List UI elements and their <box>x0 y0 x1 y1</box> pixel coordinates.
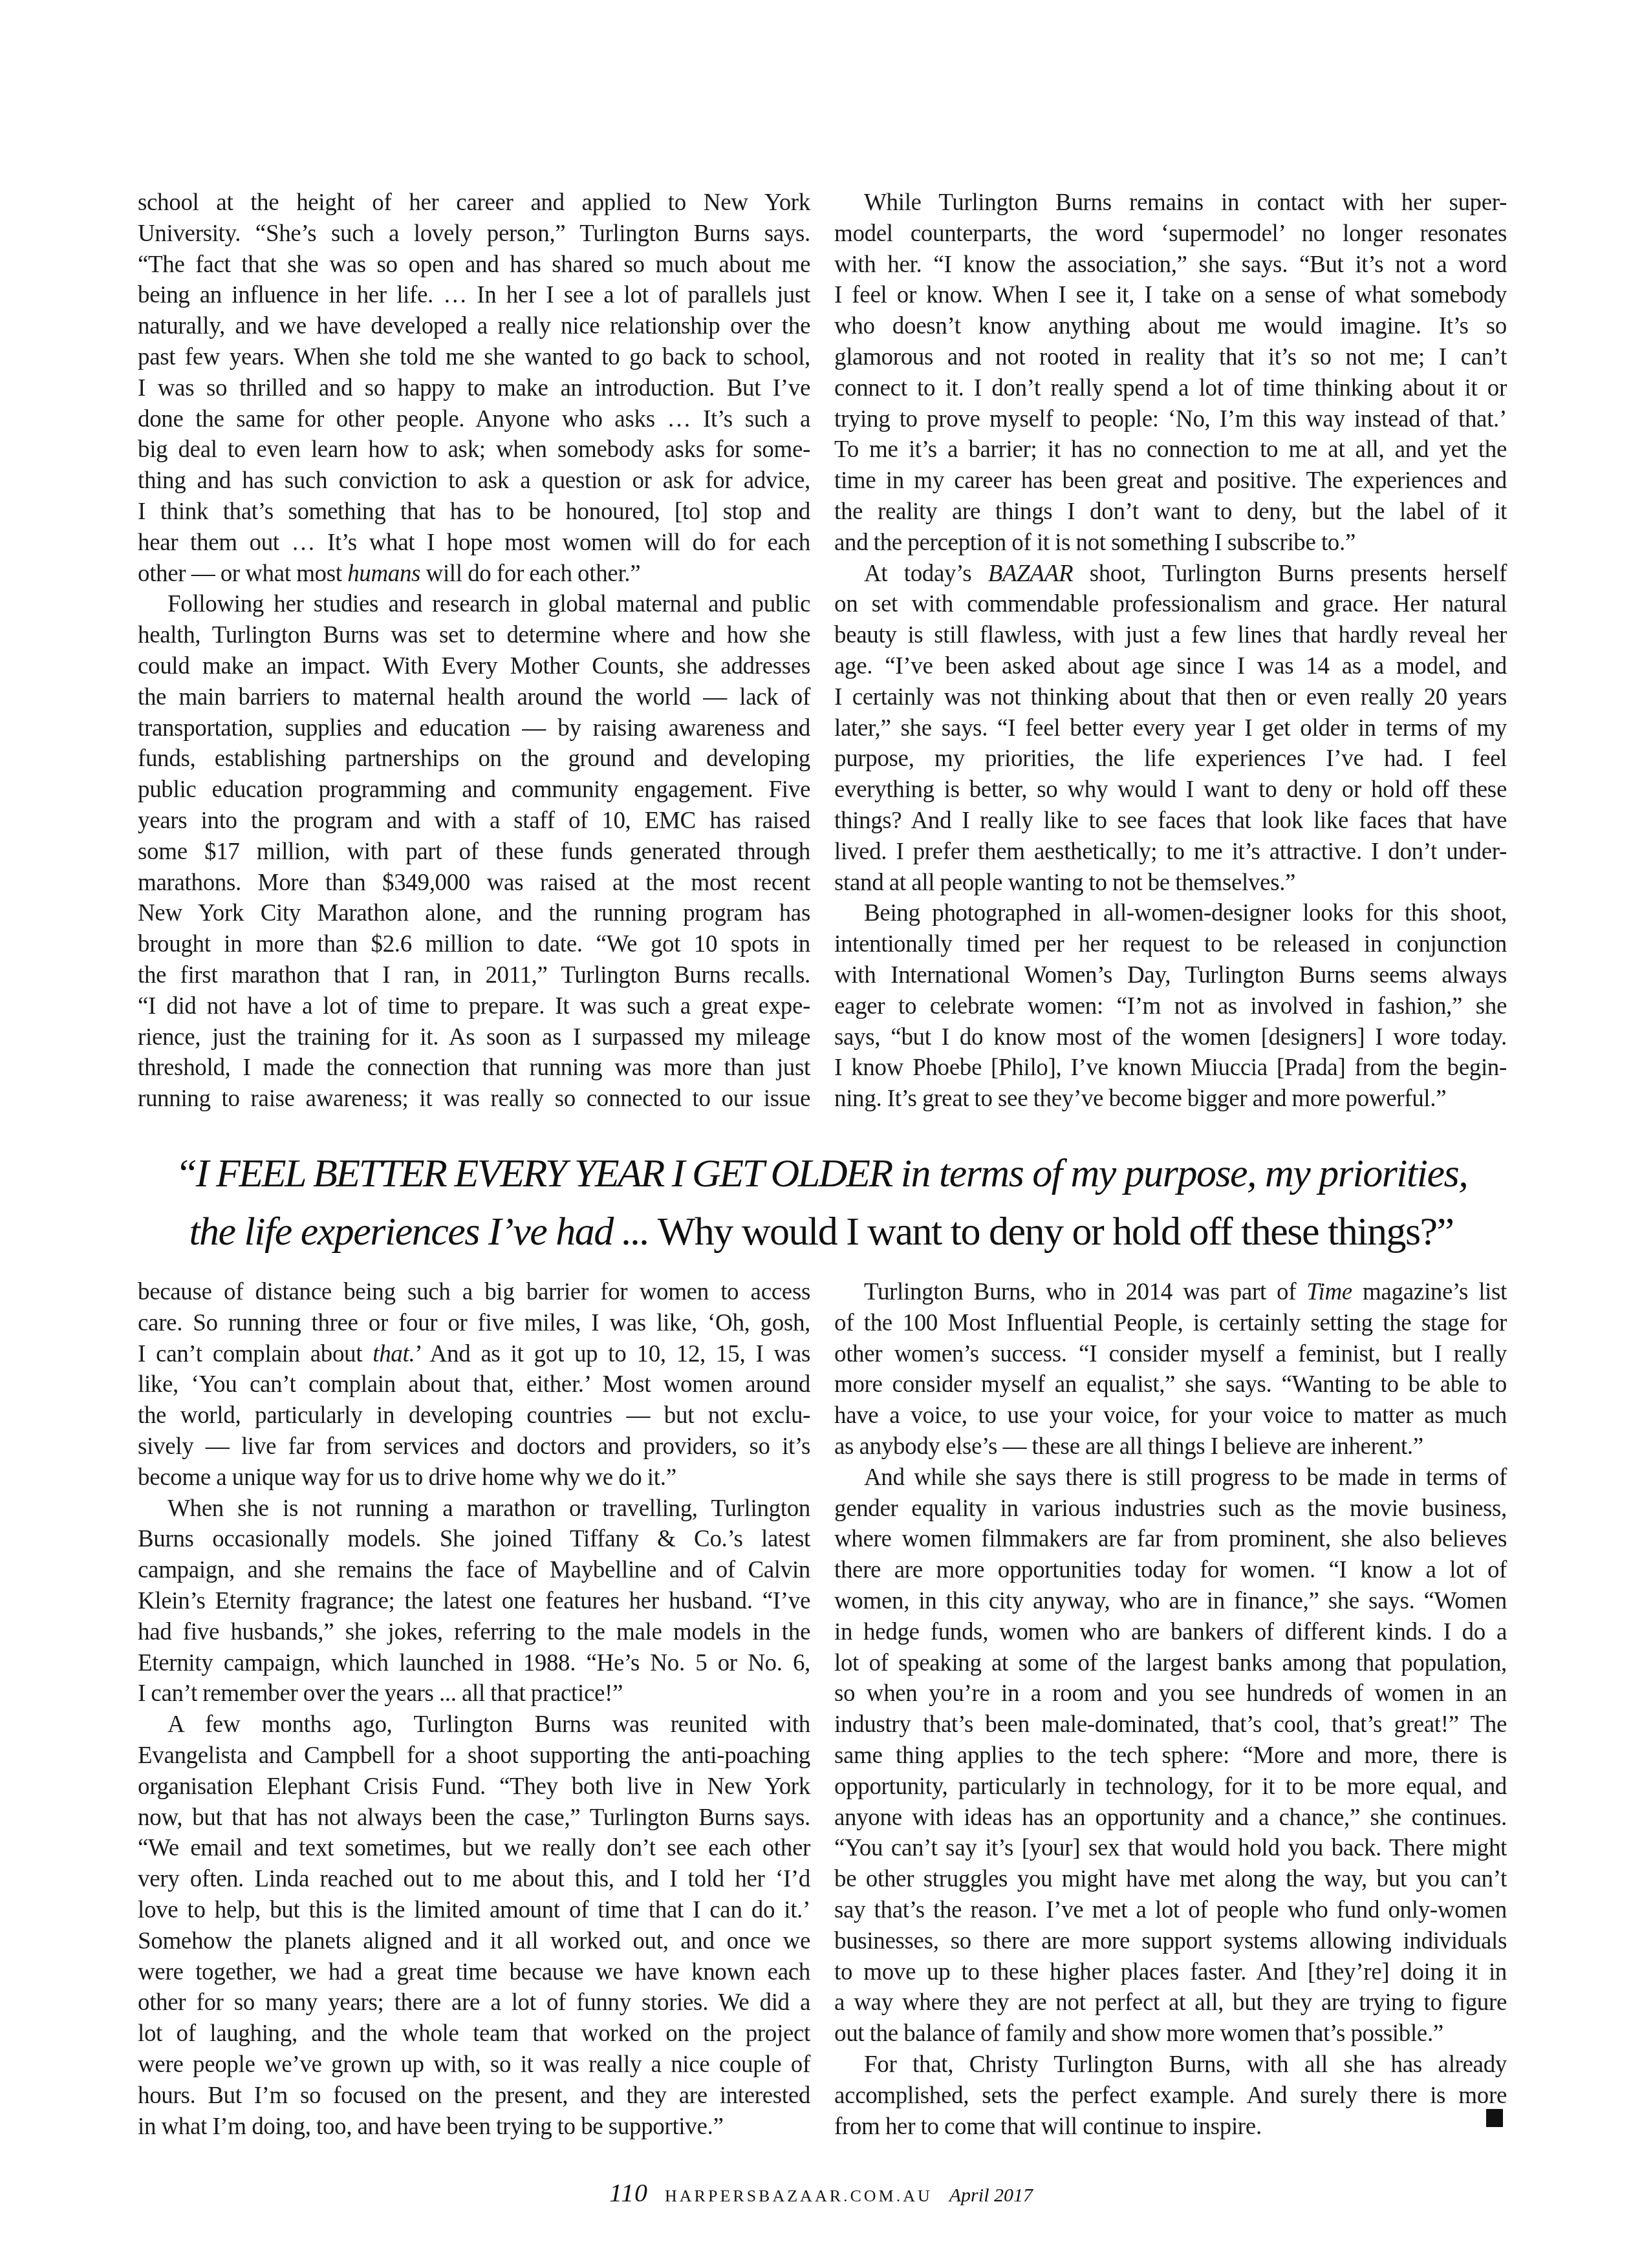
text-line: brought in more than $2.6 million to dat… <box>138 929 810 960</box>
text-line: the first marathon that I ran, in 2011,”… <box>138 960 810 991</box>
paragraph: because of distance being such a big bar… <box>138 1277 810 1493</box>
text-line: were people we’ve grown up with, so it w… <box>138 2049 810 2081</box>
text-line: women, in this city anyway, who are in f… <box>834 1586 1507 1617</box>
text-line: other for so many years; there are a lot… <box>138 1987 810 2018</box>
text-line: And while she says there is still progre… <box>834 1462 1507 1493</box>
text-line: Turlington Burns, who in 2014 was part o… <box>834 1277 1507 1308</box>
magazine-name-italic: BAZAAR <box>988 561 1073 587</box>
text-fragment: I can’t complain about <box>138 1341 373 1367</box>
column-bottom-left: because of distance being such a big bar… <box>138 1277 810 2142</box>
paragraph: While Turlington Burns remains in contac… <box>834 187 1507 559</box>
text-line: says, “but I do know most of the women [… <box>834 1022 1507 1053</box>
text-fragment: magazine’s list <box>1352 1279 1507 1305</box>
text-fragment: other — or what most <box>138 561 347 587</box>
text-line: I feel or know. When I see it, I take on… <box>834 280 1507 311</box>
text-line: a way where they are not perfect at all,… <box>834 1987 1507 2018</box>
issue-date: April 2017 <box>949 2185 1033 2206</box>
text-line: be other struggles you might have met al… <box>834 1864 1507 1895</box>
text-line: as anybody else’s — these are all things… <box>834 1431 1507 1462</box>
text-line: thing and has such conviction to ask a q… <box>138 465 810 497</box>
text-fragment: At today’s <box>864 561 988 587</box>
text-line: rience, just the training for it. As soo… <box>138 1022 810 1053</box>
text-line: with her. “I know the association,” she … <box>834 250 1507 281</box>
text-line: Somehow the planets aligned and it all w… <box>138 1926 810 1957</box>
text-line: For that, Christy Turlington Burns, with… <box>834 2049 1507 2081</box>
text-line: because of distance being such a big bar… <box>138 1277 810 1308</box>
text-line: from her to come that will continue to i… <box>834 2112 1507 2143</box>
text-line: Eternity campaign, which launched in 198… <box>138 1648 810 1679</box>
text-line: become a unique way for us to drive home… <box>138 1462 810 1493</box>
text-line: love to help, but this is the limited am… <box>138 1895 810 1926</box>
text-line: threshold, I made the connection that ru… <box>138 1053 810 1084</box>
text-line: New York City Marathon alone, and the ru… <box>138 898 810 929</box>
text-line: To me it’s a barrier; it has no connecti… <box>834 434 1507 465</box>
text-line: very often. Linda reached out to me abou… <box>138 1864 810 1895</box>
text-line: I certainly was not thinking about that … <box>834 682 1507 713</box>
text-line: to move up to these higher places faster… <box>834 1957 1507 1988</box>
text-line: transportation, supplies and education —… <box>138 713 810 744</box>
text-line: on set with commendable professionalism … <box>834 589 1507 620</box>
text-line: I was so thrilled and so happy to make a… <box>138 373 810 404</box>
text-line: had five husbands,” she jokes, referring… <box>138 1617 810 1648</box>
text-line: there are more opportunities today for w… <box>834 1555 1507 1586</box>
text-line: other — or what most humans will do for … <box>138 559 810 590</box>
text-line: I know Phoebe [Philo], I’ve known Miucci… <box>834 1053 1507 1084</box>
text-line: big deal to even learn how to ask; when … <box>138 434 810 465</box>
paragraph: And while she says there is still progre… <box>834 1462 1507 2049</box>
text-line: running to raise awareness; it was reall… <box>138 1084 810 1115</box>
text-line: some $17 million, with part of these fun… <box>138 837 810 868</box>
pull-quote-italic: the life experiences I’ve had ... <box>189 1210 649 1254</box>
text-line: public education programming and communi… <box>138 775 810 806</box>
text-line: the world, particularly in developing co… <box>138 1400 810 1431</box>
text-line: lived. I prefer them aesthetically; to m… <box>834 837 1507 868</box>
text-line: say that’s the reason. I’ve met a lot of… <box>834 1895 1507 1926</box>
text-line: school at the height of her career and a… <box>138 187 810 219</box>
text-line: Klein’s Eternity fragrance; the latest o… <box>138 1586 810 1617</box>
text-line: could make an impact. With Every Mother … <box>138 651 810 682</box>
text-line: ning. It’s great to see they’ve become b… <box>834 1084 1507 1115</box>
text-line: later,” she says. “I feel better every y… <box>834 713 1507 744</box>
text-line: anyone with ideas has an opportunity and… <box>834 1803 1507 1834</box>
text-fragment: shoot, Turlington Burns presents herself <box>1073 561 1507 587</box>
text-line: Following her studies and research in gl… <box>138 589 810 620</box>
pull-quote-line-2: the life experiences I’ve had ... Why wo… <box>123 1203 1520 1261</box>
text-line: the reality are things I don’t want to d… <box>834 497 1507 528</box>
text-line: past few years. When she told me she wan… <box>138 342 810 373</box>
italic-emphasis: that. <box>373 1341 415 1367</box>
text-line: of the 100 Most Influential People, is c… <box>834 1308 1507 1339</box>
pull-quote-caps: “I feel better every year I get older <box>175 1151 892 1195</box>
text-line: where women filmmakers are far from prom… <box>834 1524 1507 1555</box>
text-line: I can’t remember over the years ... all … <box>138 1678 810 1709</box>
italic-emphasis: humans <box>347 561 420 587</box>
text-line: out the balance of family and show more … <box>834 2018 1507 2049</box>
pull-quote-italic: in terms of my purpose, my priorities, <box>892 1151 1467 1195</box>
text-line: so when you’re in a room and you see hun… <box>834 1678 1507 1709</box>
column-top-right: While Turlington Burns remains in contac… <box>834 187 1507 1115</box>
page-footer: 110 HARPERSBAZAAR.COM.AU April 2017 <box>0 2177 1642 2208</box>
text-line: were together, we had a great time becau… <box>138 1957 810 1988</box>
paragraph: For that, Christy Turlington Burns, with… <box>834 2049 1507 2142</box>
end-of-article-square-icon <box>1486 2109 1503 2127</box>
paragraph: Following her studies and research in gl… <box>138 589 810 1115</box>
text-line: “You can’t say it’s [your] sex that woul… <box>834 1833 1507 1864</box>
text-line: “I did not have a lot of time to prepare… <box>138 991 810 1022</box>
text-line: I can’t complain about that.’ And as it … <box>138 1339 810 1370</box>
text-line: “The fact that she was so open and has s… <box>138 250 810 281</box>
text-line: trying to prove myself to people: ‘No, I… <box>834 404 1507 435</box>
text-fragment: ’ And as it got up to 10, 12, 15, I was <box>415 1341 810 1367</box>
text-line: age. “I’ve been asked about age since I … <box>834 651 1507 682</box>
text-line: who doesn’t know anything about me would… <box>834 311 1507 342</box>
text-line: lot of laughing, and the whole team that… <box>138 2018 810 2049</box>
text-line: being an influence in her life. … In her… <box>138 280 810 311</box>
text-line: health, Turlington Burns was set to dete… <box>138 620 810 651</box>
website-url: HARPERSBAZAAR.COM.AU <box>665 2187 933 2205</box>
paragraph: A few months ago, Turlington Burns was r… <box>138 1709 810 2142</box>
magazine-name-italic: Time <box>1306 1279 1352 1305</box>
text-line: When she is not running a marathon or tr… <box>138 1493 810 1524</box>
text-line: care. So running three or four or five m… <box>138 1308 810 1339</box>
text-line: At today’s BAZAAR shoot, Turlington Burn… <box>834 559 1507 590</box>
text-line: marathons. More than $349,000 was raised… <box>138 868 810 899</box>
text-line: sively — live far from services and doct… <box>138 1431 810 1462</box>
text-line: in what I’m doing, too, and have been tr… <box>138 2112 810 2143</box>
text-line: beauty is still flawless, with just a fe… <box>834 620 1507 651</box>
paragraph: Being photographed in all-women-designer… <box>834 898 1507 1115</box>
column-bottom-right: Turlington Burns, who in 2014 was part o… <box>834 1277 1507 2142</box>
text-line: the main barriers to maternal health aro… <box>138 682 810 713</box>
paragraph: Turlington Burns, who in 2014 was part o… <box>834 1277 1507 1462</box>
text-line: other women’s success. “I consider mysel… <box>834 1339 1507 1370</box>
text-line: connect to it. I don’t really spend a lo… <box>834 373 1507 404</box>
text-line: industry that’s been male-dominated, tha… <box>834 1709 1507 1740</box>
text-line: purpose, my priorities, the life experie… <box>834 744 1507 775</box>
text-line: Burns occasionally models. She joined Ti… <box>138 1524 810 1555</box>
text-line: years into the program and with a staff … <box>138 806 810 837</box>
text-line: more consider myself an equalist,” she s… <box>834 1369 1507 1400</box>
text-line: University. “She’s such a lovely person,… <box>138 219 810 250</box>
paragraph: When she is not running a marathon or tr… <box>138 1493 810 1710</box>
text-line: and the perception of it is not somethin… <box>834 528 1507 559</box>
text-line: funds, establishing partnerships on the … <box>138 744 810 775</box>
paragraph: school at the height of her career and a… <box>138 187 810 589</box>
text-line: done the same for other people. Anyone w… <box>138 404 810 435</box>
text-line: with International Women’s Day, Turlingt… <box>834 960 1507 991</box>
text-line: businesses, so there are more support sy… <box>834 1926 1507 1957</box>
text-line: organisation Elephant Crisis Fund. “They… <box>138 1771 810 1803</box>
text-line: hear them out … It’s what I hope most wo… <box>138 528 810 559</box>
text-line: in hedge funds, women who are bankers of… <box>834 1617 1507 1648</box>
text-line: things? And I really like to see faces t… <box>834 806 1507 837</box>
text-fragment: Turlington Burns, who in 2014 was part o… <box>864 1279 1306 1305</box>
column-top-left: school at the height of her career and a… <box>138 187 810 1115</box>
text-fragment: will do for each other.” <box>420 561 640 587</box>
text-line: model counterparts, the word ‘supermodel… <box>834 219 1507 250</box>
text-line: eager to celebrate women: “I’m not as in… <box>834 991 1507 1022</box>
text-line: While Turlington Burns remains in contac… <box>834 187 1507 219</box>
text-line: lot of speaking at some of the largest b… <box>834 1648 1507 1679</box>
text-line: Being photographed in all-women-designer… <box>834 898 1507 929</box>
text-line: now, but that has not always been the ca… <box>138 1803 810 1834</box>
text-line: A few months ago, Turlington Burns was r… <box>138 1709 810 1740</box>
text-line: time in my career has been great and pos… <box>834 465 1507 497</box>
text-line: opportunity, particularly in technology,… <box>834 1771 1507 1803</box>
text-line: hours. But I’m so focused on the present… <box>138 2081 810 2112</box>
text-line: gender equality in various industries su… <box>834 1493 1507 1524</box>
page-number: 110 <box>609 2178 648 2207</box>
text-line: I think that’s something that has to be … <box>138 497 810 528</box>
text-line: accomplished, sets the perfect example. … <box>834 2081 1507 2112</box>
pull-quote-line-1: “I feel better every year I get older in… <box>123 1144 1520 1203</box>
text-line: intentionally timed per her request to b… <box>834 929 1507 960</box>
pull-quote: “I feel better every year I get older in… <box>123 1144 1520 1261</box>
text-line: Evangelista and Campbell for a shoot sup… <box>138 1740 810 1771</box>
text-line: stand at all people wanting to not be th… <box>834 868 1507 899</box>
text-line: like, ‘You can’t complain about that, ei… <box>138 1369 810 1400</box>
text-line: same thing applies to the tech sphere: “… <box>834 1740 1507 1771</box>
text-line: have a voice, to use your voice, for you… <box>834 1400 1507 1431</box>
text-line: glamorous and not rooted in reality that… <box>834 342 1507 373</box>
text-line: campaign, and she remains the face of Ma… <box>138 1555 810 1586</box>
pull-quote-roman: Why would I want to deny or hold off the… <box>649 1210 1454 1254</box>
text-line: everything is better, so why would I wan… <box>834 775 1507 806</box>
text-line: “We email and text sometimes, but we rea… <box>138 1833 810 1864</box>
text-line: naturally, and we have developed a reall… <box>138 311 810 342</box>
paragraph: At today’s BAZAAR shoot, Turlington Burn… <box>834 559 1507 899</box>
